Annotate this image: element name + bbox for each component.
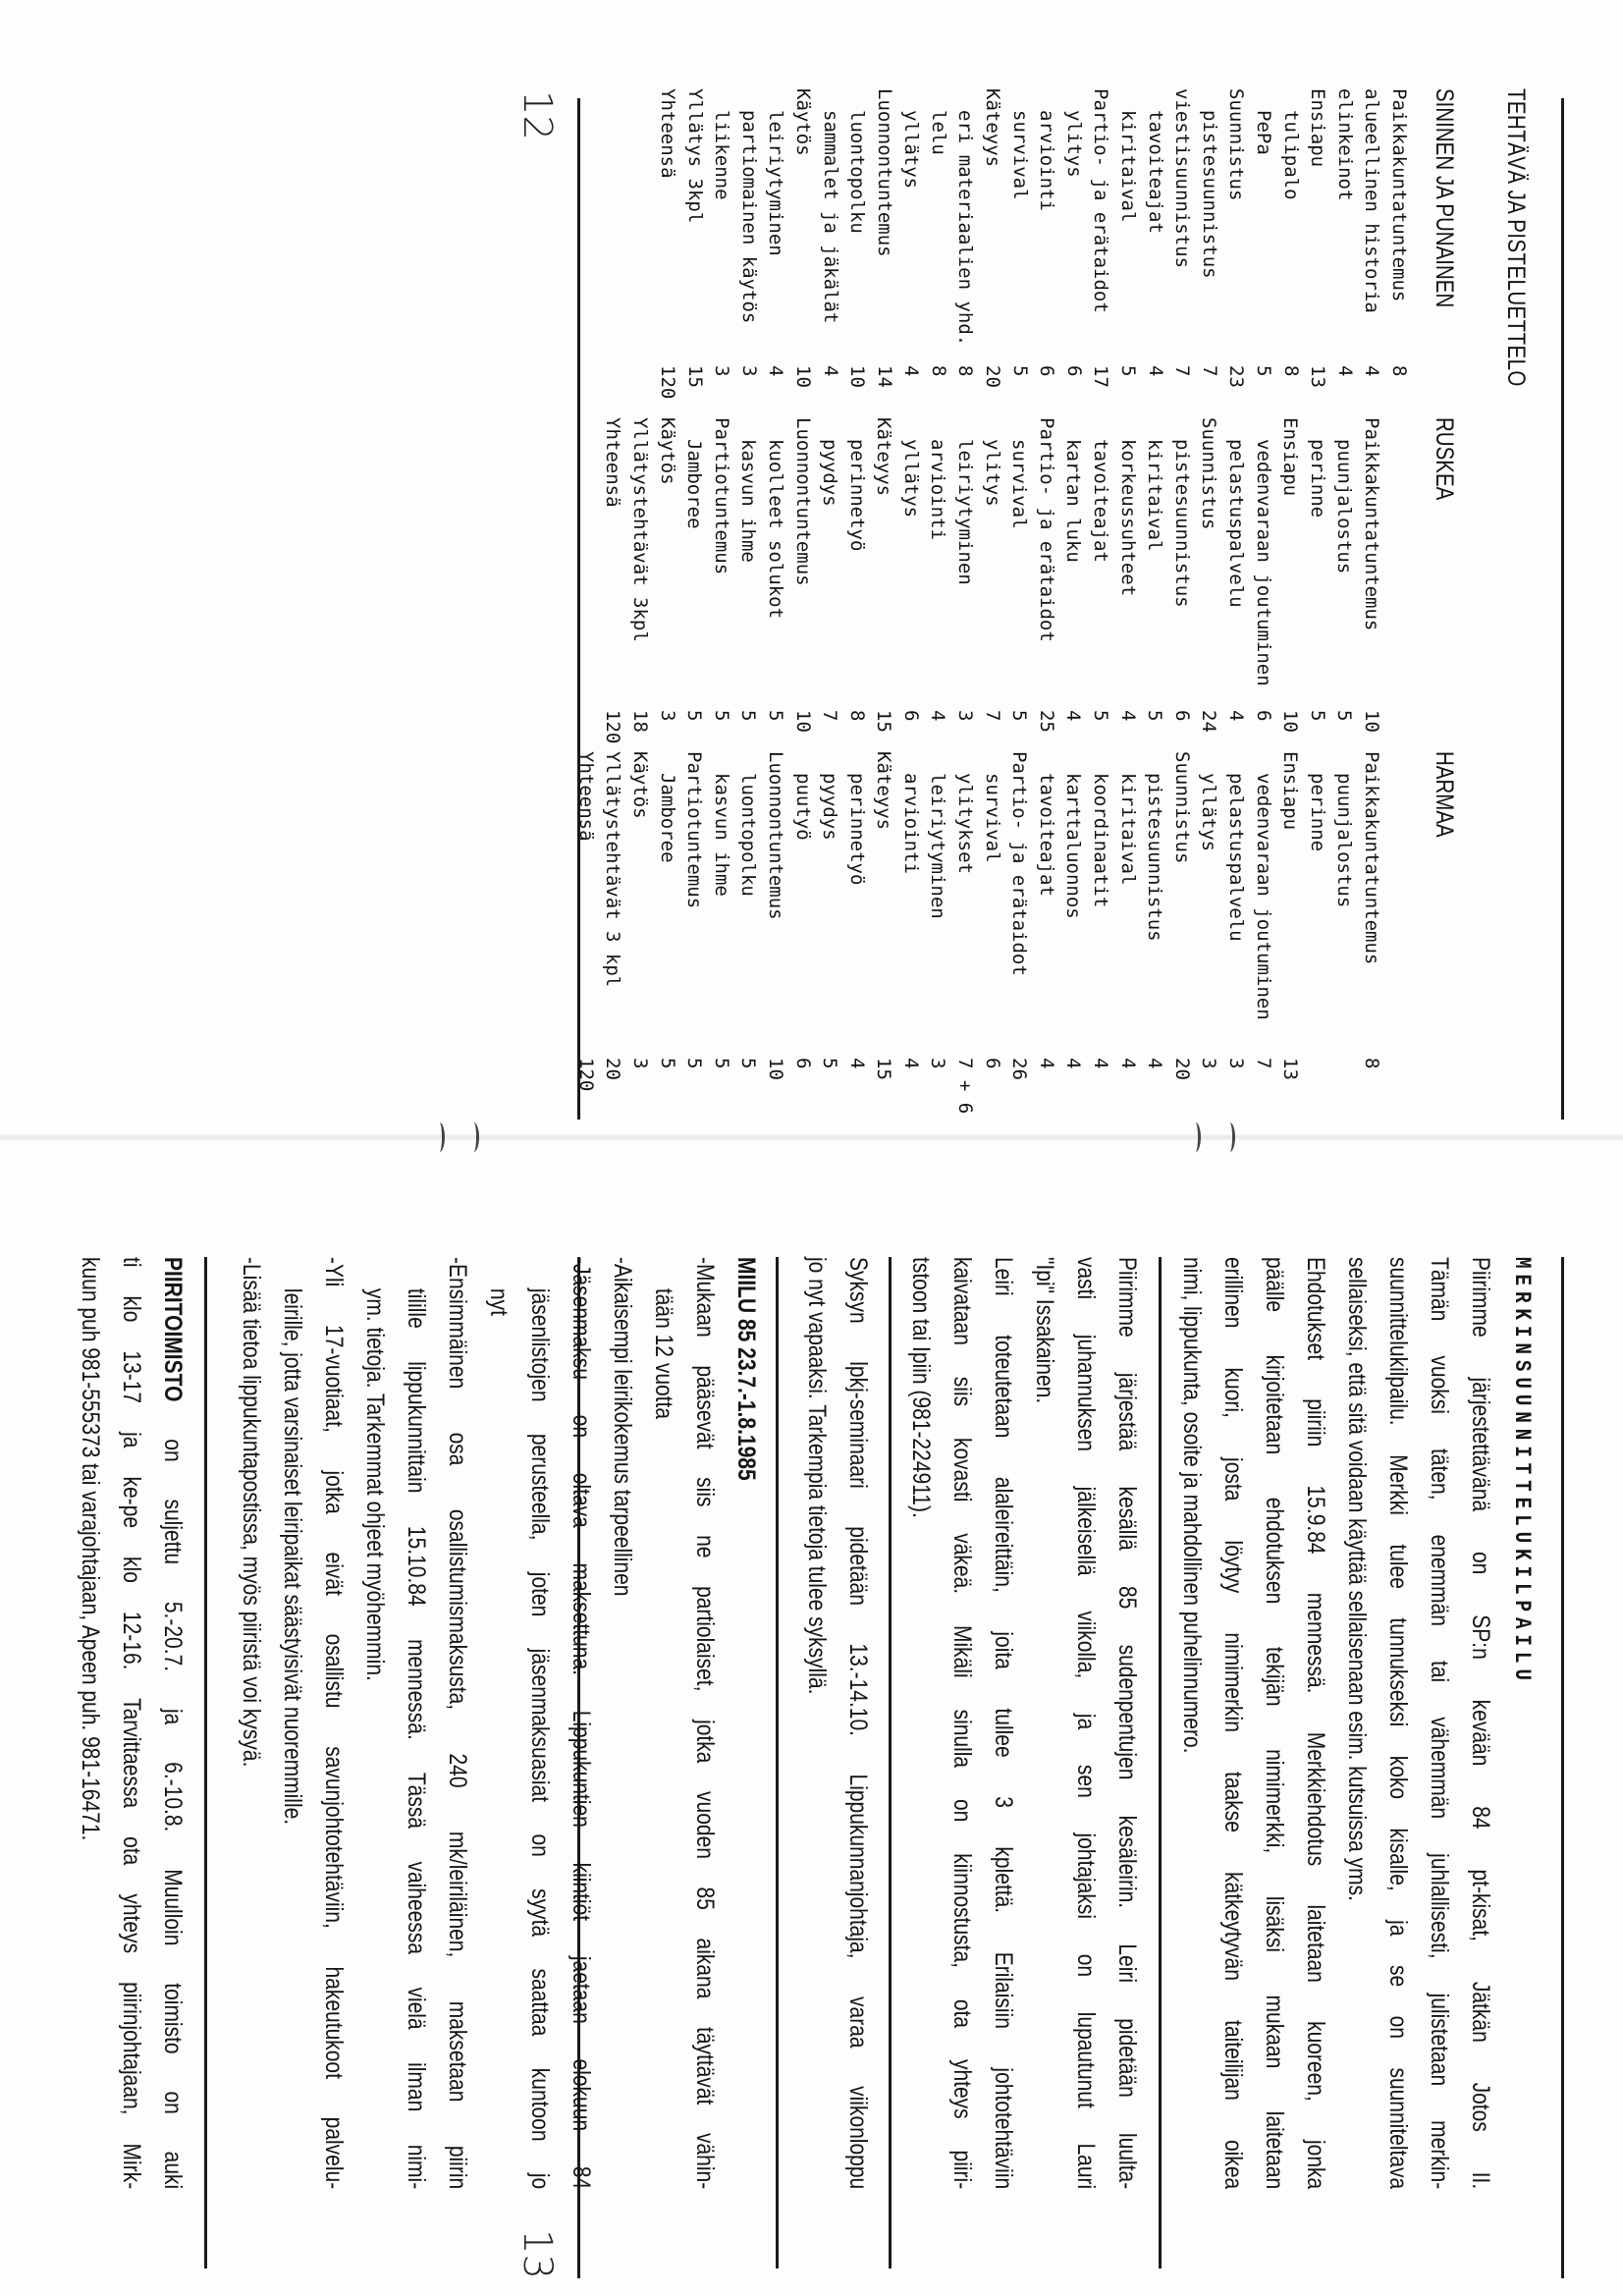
points-row: leiriytyminen4 (762, 88, 789, 412)
points-row: Jamboree5 (653, 751, 680, 1105)
task-label: Käytös (788, 88, 816, 156)
article-line: ym. tietoja. Tarkemmat ohjeet myöhemmin. (354, 1257, 396, 2189)
task-points: 5 (1141, 710, 1168, 721)
task-label: perinnetyö (842, 439, 870, 551)
points-row: kiritaival5 (1141, 417, 1168, 751)
points-column-blue-red: Paikkakuntatuntemus8alueellinen historia… (653, 88, 1412, 412)
task-points: 3 (924, 1058, 951, 1068)
points-row: PePa5 (1249, 88, 1276, 412)
points-row: Ensiapu10 (1276, 417, 1304, 751)
task-points: 5 (653, 1058, 680, 1068)
section-rule-1 (1159, 1257, 1162, 2269)
task-label: Luonnontuntemus (870, 88, 897, 257)
points-column-grey: Paikkakuntatuntemus8puunjalostusperinneE… (571, 751, 1384, 1105)
points-row: Yhteensä120 (599, 417, 626, 751)
article-line: Leiri toteutetaan alaleireittäin, joita … (983, 1257, 1024, 2189)
task-label: luontopolku (734, 773, 762, 897)
cub-camp-section: Piirimme järjestää kesällä 85 sudenpentu… (900, 1257, 1148, 2189)
points-row: vedenvaraan joutuminen6 (1249, 417, 1276, 751)
task-label: survival (1005, 110, 1033, 200)
task-label: survival (978, 773, 1005, 863)
task-points: 4 (1141, 1058, 1168, 1068)
section-rule-3 (776, 1257, 779, 2269)
task-label: Partio- ja erätaidot (1032, 417, 1059, 642)
task-points: 7 (816, 710, 843, 721)
task-label: Paikkakuntatuntemus (1384, 88, 1412, 301)
points-row: kiritaival4 (1113, 751, 1141, 1105)
points-row: yllätys6 (896, 417, 924, 751)
points-row: pistesuunnistus6 (1167, 417, 1195, 751)
column-header-brown: RUSKEA (1430, 417, 1458, 500)
task-points: 120 (599, 710, 626, 743)
task-points: 4 (1221, 710, 1249, 721)
task-points: 4 (1330, 365, 1358, 376)
task-label: arviointi (1033, 110, 1060, 211)
task-points: 13 (1276, 1058, 1304, 1080)
task-points: 15 (680, 365, 708, 388)
task-label: puunjalostus (1330, 773, 1358, 907)
task-label: ylitys (978, 439, 1005, 507)
section-rule-2 (889, 1257, 892, 2269)
task-label: tavoiteajat (1032, 773, 1059, 897)
task-label: Luonnontuntemus (761, 751, 788, 920)
task-points: 5 (1005, 710, 1033, 721)
task-label: ylitykset (951, 773, 979, 874)
task-points: 6 (1167, 710, 1195, 721)
task-points: 3 (951, 710, 979, 721)
points-row: kiritaival5 (1113, 88, 1141, 412)
task-label: Suunnistus (1195, 417, 1222, 529)
points-row: ylitykset7 + 6 (951, 751, 979, 1105)
task-label: kiritaival (1113, 110, 1141, 222)
task-points: 23 (1222, 365, 1250, 388)
points-row: pelastuspalvelu3 (1221, 751, 1249, 1105)
points-row: yllätys3 (1195, 751, 1222, 1105)
task-points: 5 (1005, 365, 1033, 376)
task-label: Yhteensä (653, 88, 680, 179)
task-label: perinnetyö (842, 773, 870, 885)
article-line: Piirimme järjestettävänä on SP:n kevään … (1460, 1257, 1501, 2189)
article-line: päälle kirjoitetaan ehdotuksen tekijän n… (1254, 1257, 1295, 2189)
points-row: tavoiteajat4 (1141, 88, 1168, 412)
task-label: korkeussuhteet (1113, 439, 1141, 596)
points-row: arviointi6 (1033, 88, 1060, 412)
task-points: 5 (707, 710, 734, 721)
points-row: kasvun ihme5 (707, 751, 734, 1105)
task-label: tulipalo (1276, 110, 1304, 200)
task-points: 6 (1059, 365, 1087, 376)
points-row: puutyö6 (788, 751, 816, 1105)
task-label: vedenvaraan joutuminen (1249, 773, 1276, 1020)
task-label: Partio- ja erätaidot (1005, 751, 1033, 976)
points-row: tavoiteajat4 (1032, 751, 1059, 1105)
seminar-section: Syksyn lpkj-seminaari pidetään 13.-14.10… (796, 1257, 879, 2189)
task-points: 5 (1303, 710, 1330, 721)
task-label: arviointi (896, 773, 924, 874)
column-header-grey: HARMAA (1430, 751, 1458, 838)
task-points: 8 (842, 710, 870, 721)
task-points: 14 (870, 365, 897, 388)
article-line: -Aikaisempi leirikokemus tarpeellinen (602, 1257, 643, 2189)
task-label: koordinaatit (1086, 773, 1113, 907)
article-line: tään 12 vuotta (643, 1257, 684, 2189)
task-points: 4 (816, 365, 843, 376)
points-row: pelastuspalvelu4 (1221, 417, 1249, 751)
task-points: 4 (896, 1058, 924, 1068)
task-points: 24 (1195, 710, 1222, 733)
task-points: 26 (1005, 1058, 1033, 1080)
article-line: -Jäsenmaksu on oltava maksettuna. Lippuk… (561, 1257, 602, 2189)
task-points: 5 (1113, 365, 1141, 376)
task-points: 4 (1059, 710, 1087, 721)
points-row: Partio- ja erätaidot25 (1032, 417, 1059, 751)
page-number-right: 13 (514, 2229, 560, 2279)
article-line: -Ensimmäinen osa osallistumismaksusta, 2… (437, 1257, 478, 2189)
task-label: survival (1005, 439, 1033, 529)
task-points: 6 (1033, 365, 1060, 376)
points-row: arviointi4 (924, 417, 951, 751)
miilu-title: MIILU 85 23.7.-1.8.1985 (726, 1257, 767, 2189)
points-row: perinne (1303, 751, 1330, 1105)
task-points: 4 (924, 710, 951, 721)
points-row: sammalet ja jäkälät4 (816, 88, 843, 412)
task-label: puunjalostus (1330, 439, 1358, 574)
task-label: yllätys (1195, 773, 1222, 851)
task-label: Suunnistus (1167, 751, 1195, 863)
page-12: TEHTÄVÄ JA PISTELUETTELO SININEN JA PUNA… (0, 0, 1623, 1139)
article-line: tstoon tai Ipiin (981-224911). (900, 1257, 942, 2189)
task-label: arviointi (924, 439, 951, 540)
points-list-title: TEHTÄVÄ JA PISTELUETTELO (1501, 88, 1530, 387)
task-label: Käteyys (870, 751, 897, 830)
task-label: alueellinen historia (1358, 88, 1385, 313)
task-label: pyydys (816, 439, 843, 507)
points-row: perinnetyö4 (842, 751, 870, 1105)
column-header-blue-red: SININEN JA PUNAINEN (1430, 88, 1458, 307)
task-label: ylitys (1059, 110, 1087, 178)
points-row: Paikkakuntatuntemus8 (1384, 88, 1412, 412)
task-points: 4 (1059, 1058, 1087, 1068)
task-points: 15 (870, 1058, 897, 1080)
task-label: yllätys (896, 439, 924, 518)
points-row: pistesuunnistus4 (1141, 751, 1168, 1105)
task-points: 3 (1221, 1058, 1249, 1068)
points-row: Suunnistus20 (1167, 751, 1195, 1105)
points-row: kasvun ihme5 (734, 417, 762, 751)
task-label: vedenvaraan joutuminen (1249, 439, 1276, 686)
task-label: lelu (924, 110, 951, 155)
task-points: 7 (978, 710, 1005, 721)
article-line: -Mukaan pääsevät siis ne partiolaiset, j… (684, 1257, 726, 2189)
task-points: 4 (1086, 1058, 1113, 1068)
task-points: 120 (571, 1058, 599, 1091)
task-label: Käteyys (979, 88, 1006, 167)
points-row: kartan luku4 (1059, 417, 1087, 751)
section-rule-4 (204, 1257, 207, 2269)
points-row: pyydys7 (816, 417, 843, 751)
task-label: Partio- ja erätaidot (1087, 88, 1114, 313)
task-label: Paikkakuntatuntemus (1357, 751, 1384, 964)
article-line: Tämän vuoksi täten, enemmän tai vähemmän… (1419, 1257, 1460, 2189)
points-row: Yllätystehtävät 3 kpl20 (599, 751, 626, 1105)
task-label: elinkeinot (1330, 88, 1358, 200)
miilu-section: MIILU 85 23.7.-1.8.1985 -Mukaan pääsevät… (231, 1257, 767, 2189)
task-label: kuolleet solukot (761, 439, 788, 619)
task-label: luontopolku (843, 110, 871, 234)
article-line: nyt (478, 1257, 519, 2189)
task-label: kasvun ihme (707, 773, 734, 897)
points-row: yllätys4 (897, 88, 925, 412)
points-row: alueellinen historia4 (1358, 88, 1385, 412)
task-label: Yllätystehtävät 3 kpl (599, 751, 626, 987)
points-row: Luonnontuntemus10 (761, 751, 788, 1105)
task-points: 7 (1195, 365, 1222, 376)
task-points: 18 (625, 710, 653, 733)
task-points: 5 (1249, 365, 1276, 376)
points-row: Käytös3 (625, 751, 653, 1105)
task-label: tavoiteajat (1086, 439, 1113, 563)
points-row: elinkeinot4 (1330, 88, 1358, 412)
points-column-brown: Paikkakuntatuntemus10puunjalostus5perinn… (599, 417, 1384, 751)
task-points: 5 (761, 710, 788, 721)
points-row: Paikkakuntatuntemus8 (1357, 751, 1384, 1105)
points-row: Suunnistus24 (1195, 417, 1222, 751)
task-points: 3 (625, 1058, 653, 1068)
task-points: 120 (653, 365, 680, 399)
points-row: Ensiapu13 (1276, 751, 1304, 1105)
task-label: kiritaival (1113, 773, 1141, 885)
task-points: 5 (816, 1058, 843, 1068)
task-points: 7 (1249, 1058, 1276, 1068)
task-label: leiriytyminen (951, 439, 979, 585)
top-rule (1561, 98, 1564, 1120)
task-points: 4 (1113, 710, 1141, 721)
task-points: 20 (1167, 1058, 1195, 1080)
task-label: pelastuspalvelu (1221, 439, 1249, 608)
task-label: Käteyys (870, 417, 897, 496)
task-label: Partiotuntemus (680, 751, 708, 908)
points-row: ylitys7 (978, 417, 1005, 751)
points-row: vedenvaraan joutuminen7 (1249, 751, 1276, 1105)
article-line: jäsenlistojen perusteella, joten jäsenma… (519, 1257, 561, 2189)
task-label: Partiotuntemus (707, 417, 734, 574)
points-row: Partio- ja erätaidot26 (1005, 751, 1033, 1105)
points-row: puunjalostus (1330, 751, 1358, 1105)
task-points: 4 (762, 365, 789, 376)
article-line: Piirimme järjestää kesällä 85 sudenpentu… (1107, 1257, 1148, 2189)
task-label: perinne (1303, 439, 1330, 518)
points-row: Luonnontuntemus14 (870, 88, 897, 412)
task-points: 25 (1032, 710, 1059, 733)
task-points: 13 (1304, 365, 1331, 388)
task-label: leiriytyminen (762, 110, 789, 256)
task-label: Suunnistus (1222, 88, 1250, 200)
article-line: Ehdotukset piiriin 15.9.84 mennessä. Mer… (1295, 1257, 1336, 2189)
article-line: sellaiseksi, että sitä voidaan käyttää s… (1336, 1257, 1378, 2189)
points-row: Jamboree5 (680, 417, 708, 751)
task-label: PePa (1249, 110, 1276, 155)
task-points: 8 (1357, 1058, 1384, 1068)
points-row: karttaluonnos4 (1059, 751, 1087, 1105)
article-line: -Lisää tietoa lippukuntapostissa, myös p… (231, 1257, 272, 2189)
points-row: liikenne3 (708, 88, 735, 412)
points-row: Luonnontuntemus10 (788, 417, 816, 751)
task-label: Yhteensä (599, 417, 626, 508)
office-label: PIIRITOIMISTO (159, 1257, 187, 1401)
task-label: Yhteensä (571, 751, 599, 842)
points-row: Partio- ja erätaidot17 (1087, 88, 1114, 412)
points-row: Yhteensä120 (653, 88, 680, 412)
points-row: viestisuunnistus7 (1168, 88, 1196, 412)
task-points: 15 (870, 710, 897, 733)
task-points: 4 (1032, 1058, 1059, 1068)
points-row: tavoiteajat5 (1086, 417, 1113, 751)
bottom-rule (577, 98, 580, 1120)
office-line: kuun puh 981-555373 tai varajohtajaan, A… (70, 1257, 111, 2189)
task-label: Yllätystehtävät 3kpl (625, 417, 653, 642)
task-label: pistesuunnistus (1195, 110, 1222, 279)
points-row: Käytös10 (788, 88, 816, 412)
points-row: Yllätys 3kpl15 (680, 88, 708, 412)
task-points: 20 (979, 365, 1006, 388)
points-row: korkeussuhteet4 (1113, 417, 1141, 751)
points-row: Partiotuntemus5 (707, 417, 734, 751)
task-points: 5 (707, 1058, 734, 1068)
points-row: Paikkakuntatuntemus10 (1357, 417, 1384, 751)
points-row: ylitys6 (1059, 88, 1087, 412)
points-row: partiomainen käytös3 (734, 88, 762, 412)
points-row: survival6 (978, 751, 1005, 1105)
task-label: Jamboree (680, 439, 708, 529)
points-row: Käteyys15 (870, 751, 897, 1105)
task-points: 10 (1357, 710, 1384, 733)
task-points: 6 (1249, 710, 1276, 721)
task-label: karttaluonnos (1059, 773, 1087, 919)
task-label: yllätys (897, 110, 925, 189)
task-points: 3 (708, 365, 735, 376)
task-label: Jamboree (653, 773, 680, 863)
office-line: PIIRITOIMISTO on suljettu 5.-20.7. ja 6.… (152, 1257, 193, 2189)
points-row: kuolleet solukot5 (761, 417, 788, 751)
task-label: Yllätys 3kpl (680, 88, 708, 223)
points-row: luontopolku10 (843, 88, 871, 412)
points-row: pistesuunnistus7 (1195, 88, 1222, 412)
points-row: leiriytyminen3 (951, 417, 979, 751)
points-row: tulipalo8 (1276, 88, 1304, 412)
task-label: Paikkakuntatuntemus (1357, 417, 1384, 630)
task-points: 5 (680, 1058, 708, 1068)
task-points: 6 (788, 1058, 816, 1068)
task-points: 5 (1086, 710, 1113, 721)
points-row: Käteyys20 (979, 88, 1006, 412)
task-label: Käytös (625, 751, 653, 819)
task-label: Ensiapu (1276, 417, 1304, 496)
article-line: nimi, lippukunta, osoite ja mahdollinen … (1171, 1257, 1213, 2189)
points-row: Yhteensä120 (571, 751, 599, 1105)
task-label: Käytös (653, 417, 680, 485)
points-row: puunjalostus5 (1330, 417, 1358, 751)
task-points: 7 + 6 (951, 1058, 979, 1114)
points-row: Ensiapu13 (1304, 88, 1331, 412)
task-points: 4 (1141, 365, 1168, 376)
task-points: 17 (1087, 365, 1114, 388)
task-label: kiritaival (1141, 439, 1168, 551)
task-label: viestisuunnistus (1168, 88, 1196, 268)
points-row: eri materiaalien yhd.8 (951, 88, 979, 412)
task-points: 5 (734, 1058, 762, 1068)
task-points: 20 (599, 1058, 626, 1080)
points-row: Käteyys15 (870, 417, 897, 751)
task-points: 3 (653, 710, 680, 721)
task-points: 8 (951, 365, 979, 376)
task-points: 8 (1276, 365, 1304, 376)
task-points: 6 (978, 1058, 1005, 1068)
points-row: perinnetyö8 (842, 417, 870, 751)
points-row: perinne5 (1303, 417, 1330, 751)
article-line: suunnittelukilpailu. Merkki tulee tunnuk… (1378, 1257, 1419, 2189)
task-points: 3 (1195, 1058, 1222, 1068)
article-line: kaivataan siis kovasti väkeä. Mikäli sin… (942, 1257, 983, 2189)
task-points: 8 (1384, 365, 1412, 376)
task-points: 4 (897, 365, 925, 376)
competition-heading: MERKINSUUNNITTELUKILPAILU (1501, 1257, 1542, 2189)
points-row: pyydys5 (816, 751, 843, 1105)
task-label: tavoiteajat (1141, 110, 1168, 234)
points-row: Partiotuntemus5 (680, 751, 708, 1105)
task-label: puutyö (788, 773, 816, 841)
task-points: 7 (1168, 365, 1196, 376)
task-label: kartan luku (1059, 439, 1087, 563)
points-row: Suunnistus23 (1222, 88, 1250, 412)
task-label: perinne (1303, 773, 1330, 851)
office-section: PIIRITOIMISTO on suljettu 5.-20.7. ja 6.… (70, 1257, 193, 2189)
article-line: -Yli 17-vuotiaat, jotka eivät osallistu … (313, 1257, 354, 2189)
task-label: partiomainen käytös (734, 110, 762, 323)
office-line: ti klo 13-17 ja ke-pe klo 12-16. Tarvitt… (111, 1257, 152, 2189)
points-row: Käytös3 (653, 417, 680, 751)
task-points: 4 (1113, 1058, 1141, 1068)
points-row: lelu8 (924, 88, 951, 412)
article-line: Syksyn lpkj-seminaari pidetään 13.-14.10… (838, 1257, 879, 2189)
task-points: 10 (843, 365, 871, 388)
points-row: survival5 (1005, 88, 1033, 412)
points-row: arviointi4 (896, 751, 924, 1105)
points-row: luontopolku5 (734, 751, 762, 1105)
article-line: "Ipi" Issakainen. (1024, 1257, 1065, 2189)
task-label: Luonnontuntemus (788, 417, 816, 586)
task-label: pistesuunnistus (1167, 439, 1195, 608)
booklet-spread: TEHTÄVÄ JA PISTELUETTELO SININEN JA PUNA… (0, 0, 1623, 2296)
task-points: 10 (788, 710, 816, 733)
top-rule-right (1561, 1257, 1564, 2278)
task-label: leiriytyminen (924, 773, 951, 919)
task-label: pelastuspalvelu (1221, 773, 1249, 942)
points-row: leiriytyminen3 (924, 751, 951, 1105)
task-points: 5 (1330, 710, 1358, 721)
page-number-left: 12 (514, 90, 560, 140)
article-line: jo nyt vapaaksi. Tarkempia tietoja tulee… (796, 1257, 838, 2189)
task-label: sammalet ja jäkälät (816, 110, 843, 323)
task-points: 4 (1358, 365, 1385, 376)
task-label: pistesuunnistus (1141, 773, 1168, 942)
task-label: pyydys (816, 773, 843, 841)
article-line: tilille lippukunnittain 15.10.84 menness… (396, 1257, 437, 2189)
task-label: kasvun ihme (734, 439, 762, 563)
office-text: on suljettu 5.-20.7. ja 6.-10.8. Muulloi… (159, 1401, 187, 2189)
task-points: 5 (680, 710, 708, 721)
points-row: koordinaatit4 (1086, 751, 1113, 1105)
task-label: Ensiapu (1276, 751, 1304, 830)
